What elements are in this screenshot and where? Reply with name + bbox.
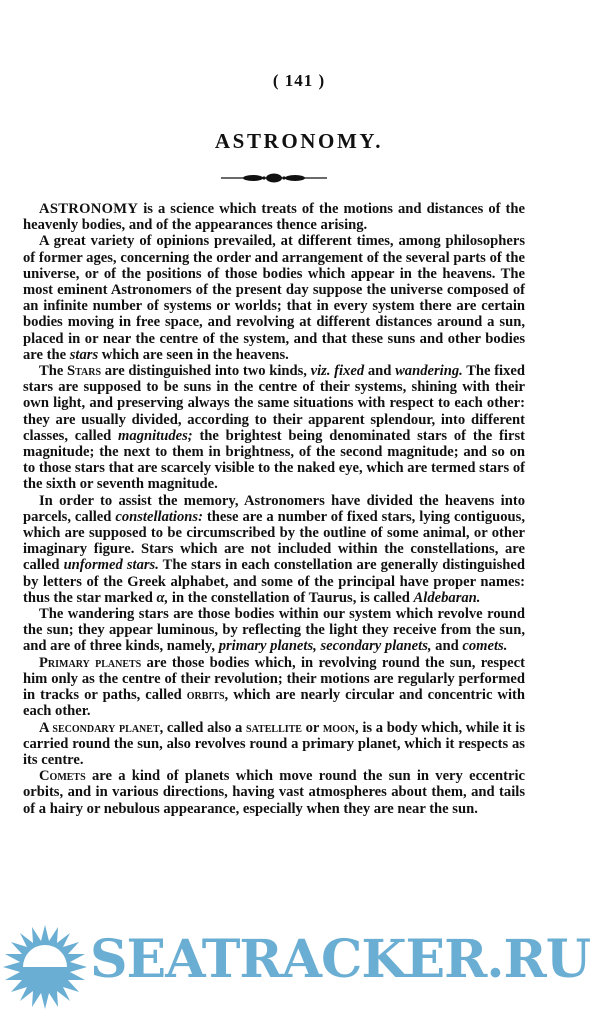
paragraph-5: The wandering stars are those bodies wit… (23, 606, 525, 655)
paragraph-1: ASTRONOMY is a science which treats of t… (23, 201, 525, 233)
paragraph-8: Comets are a kind of planets which move … (23, 768, 525, 817)
paragraph-2: A great variety of opinions prevailed, a… (23, 233, 525, 363)
page-title: ASTRONOMY. (0, 129, 598, 154)
paragraph-4: In order to assist the memory, Astronome… (23, 493, 525, 606)
paragraph-3: The Stars are distinguished into two kin… (23, 363, 525, 493)
ornament-divider-icon (221, 172, 327, 184)
paragraph-7: A secondary planet, called also a satell… (23, 720, 525, 769)
paragraph-6: Primary planets are those bodies which, … (23, 655, 525, 720)
watermark-text: SEATRACKER.RU (90, 930, 590, 990)
article-body: ASTRONOMY is a science which treats of t… (23, 201, 525, 817)
page-number: ( 141 ) (0, 71, 598, 91)
